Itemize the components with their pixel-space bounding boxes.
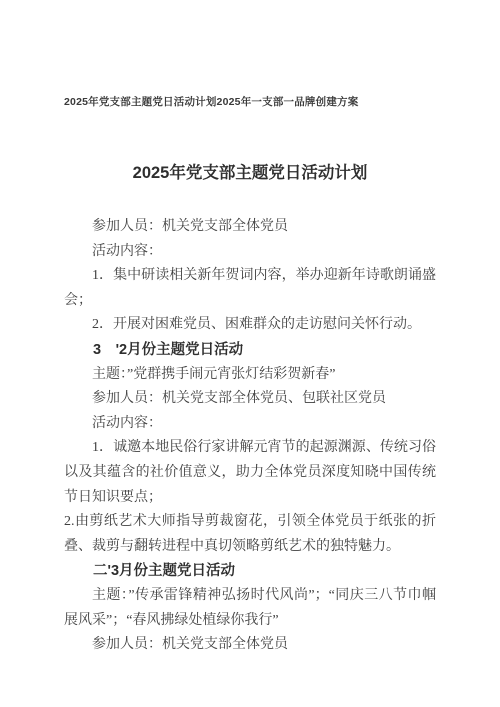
document-header-note: 2025年党支部主题党日活动计划2025年一支部一品牌创建方案 [64,96,436,109]
january-activity-item-1: 1．集中研读相关新年贺词内容，举办迎新年诗歌朗诵盛会； [64,264,436,313]
february-participants-line: 参加人员：机关党支部全体党员、包联社区党员 [64,387,436,412]
february-theme-line: 主题：”党群携手闹元宵张灯结彩贺新春” [64,363,436,388]
january-activity-item-2: 2．开展对困难党员、困难群众的走访慰问关怀行动。 [64,313,436,338]
march-theme-line: 主题：”传承雷锋精神弘扬时代风尚”；“同庆三八节巾帼展风采”；“春风拂绿处植绿你… [64,584,436,633]
january-content-label: 活动内容： [64,240,436,265]
document-title: 2025年党支部主题党日活动计划 [64,162,436,184]
document-page: 2025年党支部主题党日活动计划2025年一支部一品牌创建方案 2025年党支部… [0,0,500,707]
march-participants-line: 参加人员：机关党支部全体党员 [64,633,436,658]
february-activity-item-2: 2.由剪纸艺术大师指导剪裁窗花，引领全体党员于纸张的折叠、裁剪与翻转进程中真切领… [64,510,436,559]
section-heading-march: 二'3月份主题党日活动 [64,559,436,584]
january-participants-line: 参加人员：机关党支部全体党员 [64,215,436,240]
section-heading-february: 3 '2月份主题党日活动 [64,338,436,363]
february-activity-item-1: 1．诚邀本地民俗行家讲解元宵节的起源渊源、传统习俗以及其蕴含的社价值意义，助力全… [64,436,436,510]
document-body: 参加人员：机关党支部全体党员 活动内容： 1．集中研读相关新年贺词内容，举办迎新… [64,215,436,658]
february-content-label: 活动内容： [64,412,436,437]
